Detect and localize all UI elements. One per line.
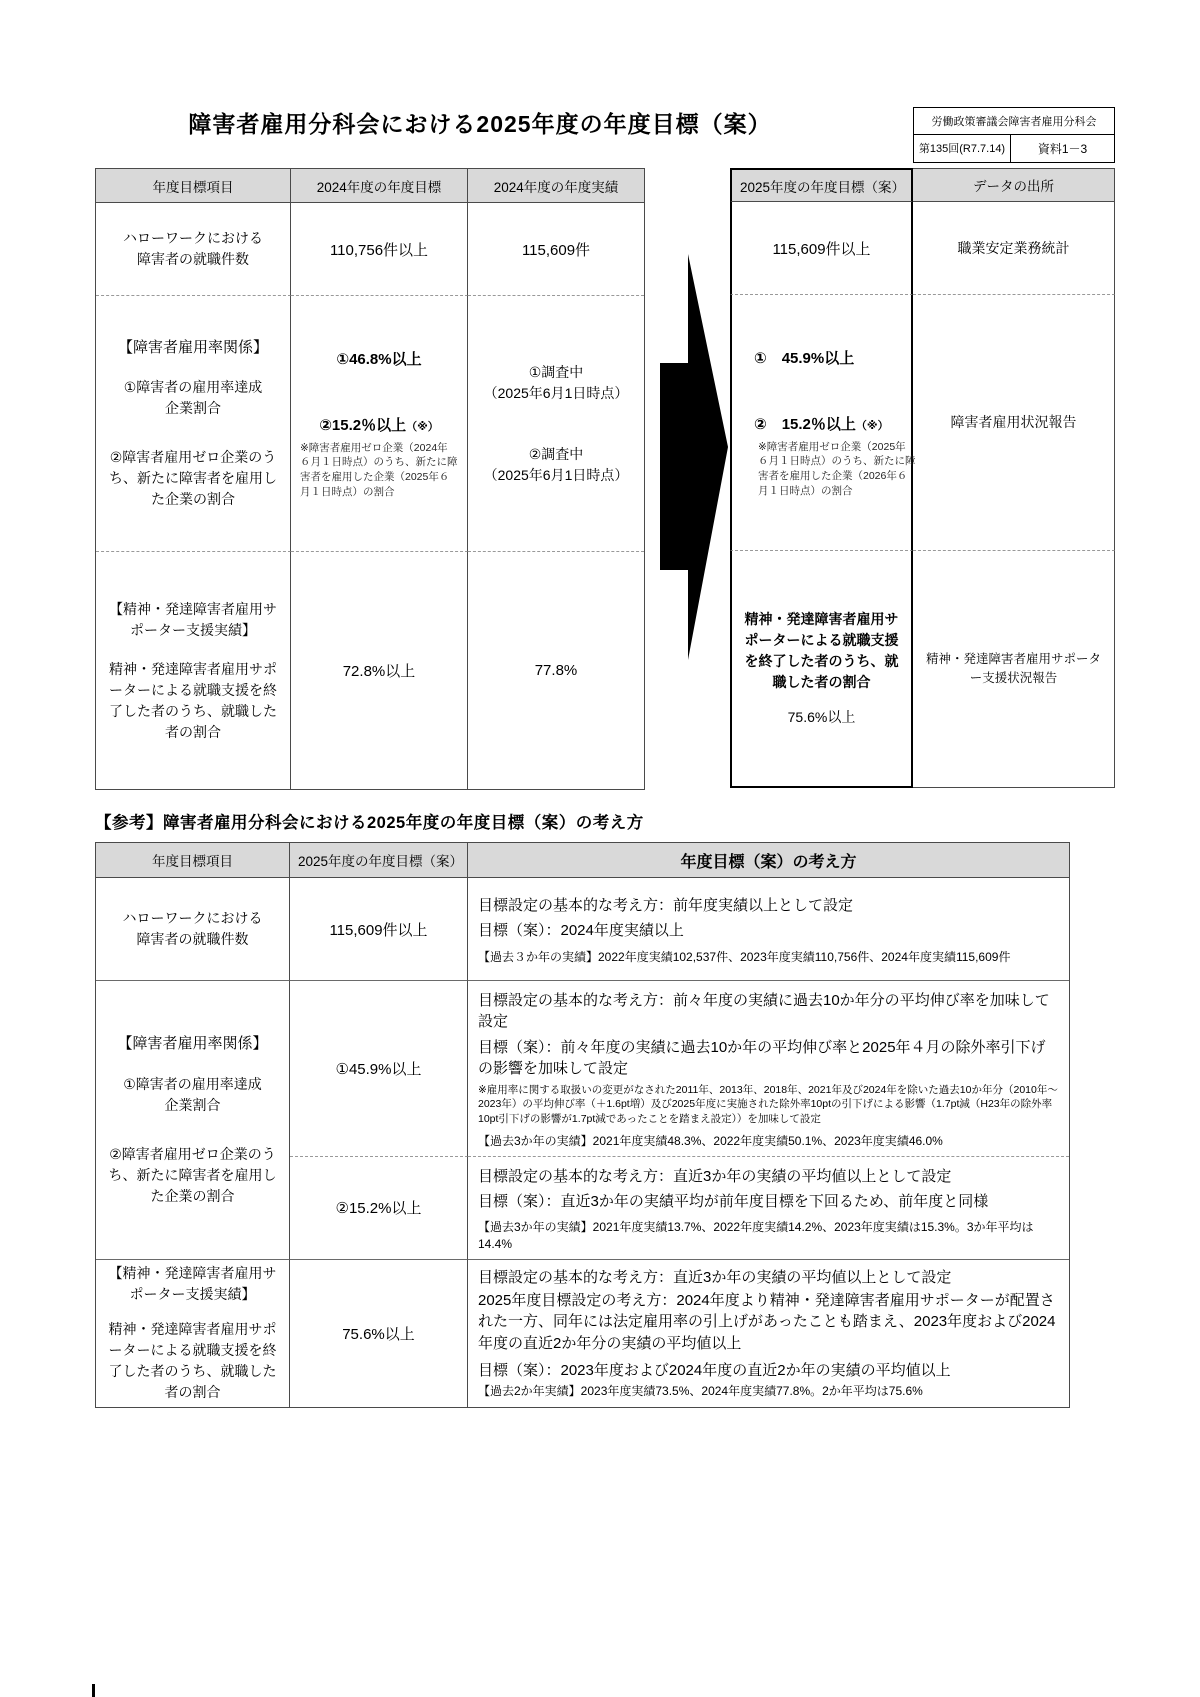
approach-history: 【過去３か年の実績】2022年度実績102,537件、2023年度実績110,7… [478,949,1059,965]
cell2-hellowork-item: ハローワークにおける 障害者の就職件数 [96,878,290,981]
cell2-supporter-approach: 目標設定の基本的な考え方：直近3か年の実績の平均値以上として設定 2025年度目… [468,1260,1069,1407]
cell2-rate1-target: ①45.9%以上 [290,981,468,1157]
target-rationale-table: 年度目標項目 2025年度の年度目標（案） 年度目標（案）の考え方 ハローワーク… [95,842,1070,1408]
approach-basis: 目標設定の基本的な考え方：直近3か年の実績の平均値以上として設定 [478,1166,1059,1187]
cell-hellowork-target2025: 115,609件以上 [730,202,913,295]
rate-actual2024-1: ①調査中 [476,362,636,383]
reference-section-title: 【参考】障害者雇用分科会における2025年度の年度目標（案）の考え方 [95,809,644,833]
row-supporter-2025: 精神・発達障害者雇用サポーターによる就職支援を終了した者のうち、就職した者の割合… [730,551,1115,788]
header-target-2024: 2024年度の年度目標 [291,169,468,203]
approach-2025: 2025年度目標設定の考え方：2024年度より精神・発達障害者雇用サポーターが配… [478,1290,1059,1354]
rate-target2024-1: ①46.8%以上 [299,348,459,369]
annual-targets-table-left: 年度目標項目 2024年度の年度目標 2024年度の年度実績 ハローワークにおけ… [95,168,645,790]
table1-header-row: 年度目標項目 2024年度の年度目標 2024年度の年度実績 [96,169,644,203]
cell2-rate2-target: ②15.2%以上 [290,1157,468,1260]
row-rate-2025: ① 45.9%以上 ② 15.2％以上（※） ※障害者雇用ゼロ企業（2025年６… [730,295,1115,551]
row2-rate-sub1: 【障害者雇用率関係】 ①障害者の雇用率達成 企業割合 ②障害者雇用ゼロ企業のうち… [96,981,1069,1157]
cell-supporter-item: 【精神・発達障害者雇用サポーター支援実績】 精神・発達障害者雇用サポーターによる… [96,552,291,789]
cell2-supporter-target: 75.6%以上 [290,1260,468,1407]
rate-item1-line2: 企業割合 [104,398,282,419]
approach-basis: 目標設定の基本的な考え方：直近3か年の実績の平均値以上として設定 [478,1267,1059,1288]
header-item: 年度目標項目 [96,843,290,878]
rate-target2025-2: ② 15.2％以上（※） [754,413,903,434]
cell-supporter-actual2024: 77.8% [468,552,644,789]
asterisk-mark: （※） [406,421,439,433]
cell2-hellowork-approach: 目標設定の基本的な考え方：前年度実績以上として設定 目標（案）：2024年度実績… [468,878,1069,981]
hellowork-item-line1: ハローワークにおける [104,908,281,929]
scan-artifact [92,1684,95,1697]
rate-item-heading: 【障害者雇用率関係】 [104,337,282,360]
session-number: 第135回(R7.7.14) [914,135,1011,162]
page-title: 障害者雇用分科会における2025年度の年度目標（案） [180,106,780,139]
cell-hellowork-actual2024: 115,609件 [468,203,644,296]
header-target-2025: 2025年度の年度目標（案） [290,843,468,878]
hellowork-item-line1: ハローワークにおける [104,228,282,249]
rate-item1-line1: ①障害者の雇用率達成 [104,377,282,398]
rate-item-heading: 【障害者雇用率関係】 [104,1033,281,1056]
supporter-item-body: 精神・発達障害者雇用サポーターによる就職支援を終了した者のうち、就職した者の割合 [104,659,282,743]
rate-item2: ②障害者雇用ゼロ企業のうち、新たに障害者を雇用した企業の割合 [104,1144,281,1207]
row2-supporter: 【精神・発達障害者雇用サポーター支援実績】 精神・発達障害者雇用サポーターによる… [96,1260,1069,1407]
reference-box-row: 第135回(R7.7.14) 資料1－3 [914,135,1114,162]
header-item: 年度目標項目 [96,169,291,203]
cell-hellowork-target2024: 110,756件以上 [291,203,468,296]
header-target-2025: 2025年度の年度目標（案） [730,168,913,202]
forward-arrow [652,248,730,666]
cell-hellowork-source: 職業安定業務統計 [913,202,1115,295]
approach-note: ※雇用率に関する取扱いの変更がなされた2011年、2013年、2018年、202… [478,1083,1059,1126]
cell2-hellowork-target: 115,609件以上 [290,878,468,981]
rate-item1-line1: ①障害者の雇用率達成 [104,1074,281,1095]
cell2-supporter-item: 【精神・発達障害者雇用サポーター支援実績】 精神・発達障害者雇用サポーターによる… [96,1260,290,1407]
row-hellowork-2025: 115,609件以上 職業安定業務統計 [730,202,1115,295]
cell-hellowork-item: ハローワークにおける 障害者の就職件数 [96,203,291,296]
rate-target2024-2: ②15.2％以上（※） [299,414,459,435]
approach-plan: 目標（案）：2023年度および2024年度の直近2か年の実績の平均値以上 [478,1360,1059,1381]
approach-history: 【過去2か年実績】2023年度実績73.5%、2024年度実績77.8%。2か年… [478,1383,1059,1399]
asterisk-mark: （※） [856,420,889,432]
cell-rate-source: 障害者雇用状況報告 [913,295,1115,551]
rate-target2025-1: ① 45.9%以上 [754,347,903,368]
hellowork-item-line2: 障害者の就職件数 [104,929,281,950]
row2-hellowork: ハローワークにおける 障害者の就職件数 115,609件以上 目標設定の基本的な… [96,878,1069,981]
council-name: 労働政策審議会障害者雇用分科会 [914,108,1114,135]
cell2-rate2-approach: 目標設定の基本的な考え方：直近3か年の実績の平均値以上として設定 目標（案）：直… [468,1157,1069,1260]
supporter-target2025-desc: 精神・発達障害者雇用サポーターによる就職支援を終了した者のうち、就職した者の割合 [740,609,903,693]
cell2-rate-item: 【障害者雇用率関係】 ①障害者の雇用率達成 企業割合 ②障害者雇用ゼロ企業のうち… [96,981,290,1260]
rate-item2: ②障害者雇用ゼロ企業のうち、新たに障害者を雇用した企業の割合 [104,447,282,510]
approach-plan: 目標（案）：2024年度実績以上 [478,920,1059,941]
approach-basis: 目標設定の基本的な考え方：前々年度の実績に過去10か年分の平均伸び率を加味して設… [478,990,1059,1033]
cell-supporter-target2025: 精神・発達障害者雇用サポーターによる就職支援を終了した者のうち、就職した者の割合… [730,551,913,788]
table1r-header-row: 2025年度の年度目標（案） データの出所 [730,168,1115,202]
header-data-source: データの出所 [913,168,1115,202]
cell-supporter-target2024: 72.8%以上 [291,552,468,789]
row-supporter: 【精神・発達障害者雇用サポーター支援実績】 精神・発達障害者雇用サポーターによる… [96,552,644,789]
header-approach: 年度目標（案）の考え方 [468,843,1069,878]
rate-item1-line2: 企業割合 [104,1095,281,1116]
rate-target2025-note: ※障害者雇用ゼロ企業（2025年６月１日時点）のうち、新たに障害者を雇用した企業… [758,440,916,499]
material-number: 資料1－3 [1011,135,1114,162]
supporter-item-heading: 【精神・発達障害者雇用サポーター支援実績】 [104,1263,281,1305]
document-page: 障害者雇用分科会における2025年度の年度目標（案） 労働政策審議会障害者雇用分… [0,0,1200,1697]
cell-rate-item: 【障害者雇用率関係】 ①障害者の雇用率達成 企業割合 ②障害者雇用ゼロ企業のうち… [96,296,291,552]
cell2-rate1-approach: 目標設定の基本的な考え方：前々年度の実績に過去10か年分の平均伸び率を加味して設… [468,981,1069,1157]
row-hellowork: ハローワークにおける 障害者の就職件数 110,756件以上 115,609件 [96,203,644,296]
cell-rate-target2024: ①46.8%以上 ②15.2％以上（※） ※障害者雇用ゼロ企業（2024年６月１… [291,296,468,552]
forward-arrow-svg [652,248,730,666]
approach-basis: 目標設定の基本的な考え方：前年度実績以上として設定 [478,895,1059,916]
meeting-reference-box: 労働政策審議会障害者雇用分科会 第135回(R7.7.14) 資料1－3 [913,107,1115,163]
rate-actual2024-2-date: （2025年6月1日時点） [476,465,636,486]
cell-rate-target2025: ① 45.9%以上 ② 15.2％以上（※） ※障害者雇用ゼロ企業（2025年６… [730,295,913,551]
rate-target2024-note: ※障害者雇用ゼロ企業（2024年６月１日時点）のうち、新たに障害者を雇用した企業… [300,441,458,500]
approach-history: 【過去3か年の実績】2021年度実績13.7%、2022年度実績14.2%、20… [478,1219,1059,1251]
row-employment-rate: 【障害者雇用率関係】 ①障害者の雇用率達成 企業割合 ②障害者雇用ゼロ企業のうち… [96,296,644,552]
rate-actual2024-1-date: （2025年6月1日時点） [476,383,636,404]
header-actual-2024: 2024年度の年度実績 [468,169,644,203]
approach-plan: 目標（案）：直近3か年の実績平均が前年度目標を下回るため、前年度と同様 [478,1191,1059,1212]
cell-rate-actual2024: ①調査中 （2025年6月1日時点） ②調査中 （2025年6月1日時点） [468,296,644,552]
annual-targets-table-right: 2025年度の年度目標（案） データの出所 115,609件以上 職業安定業務統… [730,168,1115,788]
supporter-item-heading: 【精神・発達障害者雇用サポーター支援実績】 [104,599,282,641]
approach-plan: 目標（案）：前々年度の実績に過去10か年の平均伸び率と2025年４月の除外率引下… [478,1037,1059,1080]
supporter-item-body: 精神・発達障害者雇用サポーターによる就職支援を終了した者のうち、就職した者の割合 [104,1319,281,1403]
cell-supporter-source: 精神・発達障害者雇用サポーター支援状況報告 [913,551,1115,788]
approach-history: 【過去3か年の実績】2021年度実績48.3%、2022年度実績50.1%、20… [478,1133,1059,1149]
rate-actual2024-2: ②調査中 [476,444,636,465]
hellowork-item-line2: 障害者の就職件数 [104,249,282,270]
table2-header-row: 年度目標項目 2025年度の年度目標（案） 年度目標（案）の考え方 [96,843,1069,878]
supporter-target2025-value: 75.6%以上 [740,707,903,728]
